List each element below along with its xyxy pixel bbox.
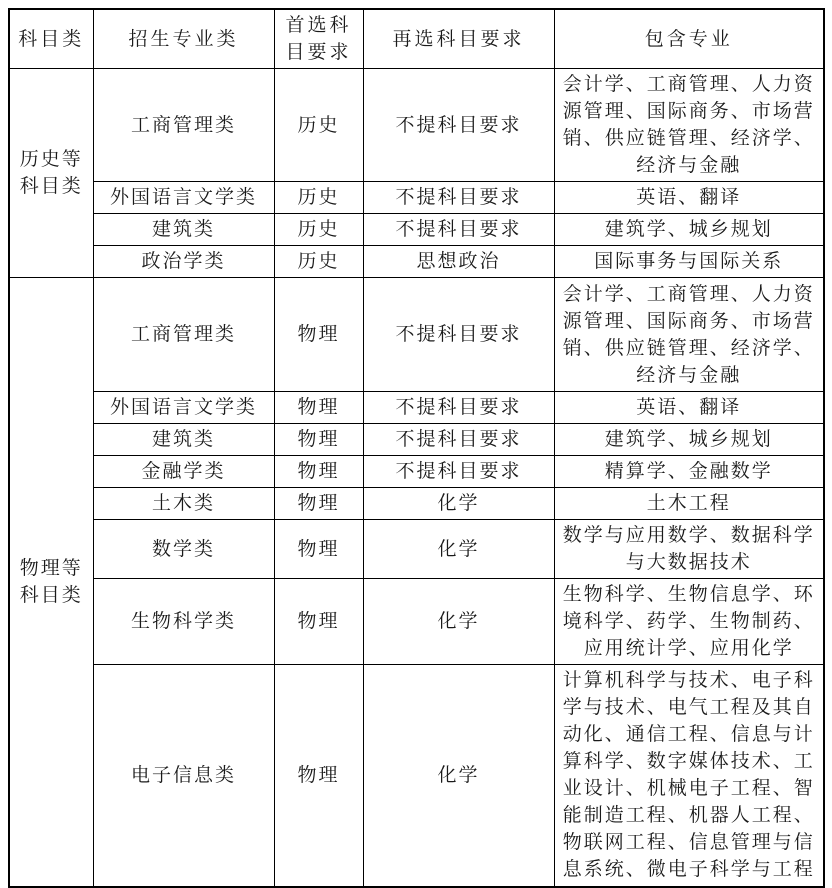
major-class-cell: 工商管理类 — [93, 69, 274, 182]
majors-cell: 国际事务与国际关系 — [554, 246, 824, 278]
category-cell-history: 历史等科目类 — [9, 69, 93, 278]
majors-cell: 生物科学、生物信息学、环境科学、药学、生物制药、应用统计学、应用化学 — [554, 579, 824, 665]
major-class-cell: 工商管理类 — [93, 278, 274, 392]
first-subject-cell: 物理 — [274, 579, 363, 665]
second-subject-cell: 化学 — [363, 579, 554, 665]
first-subject-cell: 物理 — [274, 392, 363, 424]
second-subject-cell: 不提科目要求 — [363, 69, 554, 182]
header-cell-subject-category: 科目类 — [9, 9, 93, 69]
table-row: 电子信息类 物理 化学 计算机科学与技术、电子科学与技术、电气工程及其自动化、通… — [9, 665, 824, 887]
table-row: 物理等科目类 工商管理类 物理 不提科目要求 会计学、工商管理、人力资源管理、国… — [9, 278, 824, 392]
first-subject-cell: 物理 — [274, 456, 363, 488]
majors-cell: 建筑学、城乡规划 — [554, 424, 824, 456]
majors-cell: 数学与应用数学、数据科学与大数据技术 — [554, 520, 824, 579]
table-row: 建筑类 物理 不提科目要求 建筑学、城乡规划 — [9, 424, 824, 456]
second-subject-cell: 化学 — [363, 488, 554, 520]
first-subject-cell: 物理 — [274, 278, 363, 392]
major-class-cell: 金融学类 — [93, 456, 274, 488]
major-class-cell: 生物科学类 — [93, 579, 274, 665]
second-subject-cell: 不提科目要求 — [363, 456, 554, 488]
first-subject-cell: 历史 — [274, 69, 363, 182]
table-row: 数学类 物理 化学 数学与应用数学、数据科学与大数据技术 — [9, 520, 824, 579]
major-class-cell: 建筑类 — [93, 424, 274, 456]
table-row: 建筑类 历史 不提科目要求 建筑学、城乡规划 — [9, 214, 824, 246]
major-class-cell: 数学类 — [93, 520, 274, 579]
major-class-cell: 建筑类 — [93, 214, 274, 246]
second-subject-cell: 不提科目要求 — [363, 214, 554, 246]
majors-cell: 精算学、金融数学 — [554, 456, 824, 488]
table-row: 外国语言文学类 历史 不提科目要求 英语、翻译 — [9, 182, 824, 214]
subject-requirements-table: 科目类 招生专业类 首选科目要求 再选科目要求 包含专业 历史等科目类 工商管理… — [8, 8, 825, 888]
first-subject-cell: 物理 — [274, 520, 363, 579]
first-subject-cell: 物理 — [274, 665, 363, 887]
table-row: 历史等科目类 工商管理类 历史 不提科目要求 会计学、工商管理、人力资源管理、国… — [9, 69, 824, 182]
majors-cell: 英语、翻译 — [554, 182, 824, 214]
first-subject-cell: 历史 — [274, 182, 363, 214]
page: 科目类 招生专业类 首选科目要求 再选科目要求 包含专业 历史等科目类 工商管理… — [0, 0, 832, 843]
header-cell-first-subject: 首选科目要求 — [274, 9, 363, 69]
majors-cell: 会计学、工商管理、人力资源管理、国际商务、市场营销、供应链管理、经济学、经济与金… — [554, 278, 824, 392]
table-row: 生物科学类 物理 化学 生物科学、生物信息学、环境科学、药学、生物制药、应用统计… — [9, 579, 824, 665]
table-row: 政治学类 历史 思想政治 国际事务与国际关系 — [9, 246, 824, 278]
category-cell-physics: 物理等科目类 — [9, 278, 93, 887]
first-subject-cell: 历史 — [274, 246, 363, 278]
second-subject-cell: 化学 — [363, 665, 554, 887]
first-subject-cell: 物理 — [274, 424, 363, 456]
major-class-cell: 外国语言文学类 — [93, 392, 274, 424]
second-subject-cell: 不提科目要求 — [363, 392, 554, 424]
major-class-cell: 电子信息类 — [93, 665, 274, 887]
majors-cell: 计算机科学与技术、电子科学与技术、电气工程及其自动化、通信工程、信息与计算科学、… — [554, 665, 824, 887]
first-subject-cell: 历史 — [274, 214, 363, 246]
first-subject-cell: 物理 — [274, 488, 363, 520]
header-cell-included-majors: 包含专业 — [554, 9, 824, 69]
second-subject-cell: 不提科目要求 — [363, 278, 554, 392]
table-header-row: 科目类 招生专业类 首选科目要求 再选科目要求 包含专业 — [9, 9, 824, 69]
second-subject-cell: 思想政治 — [363, 246, 554, 278]
header-cell-second-subject: 再选科目要求 — [363, 9, 554, 69]
second-subject-cell: 不提科目要求 — [363, 424, 554, 456]
majors-cell: 会计学、工商管理、人力资源管理、国际商务、市场营销、供应链管理、经济学、经济与金… — [554, 69, 824, 182]
major-class-cell: 政治学类 — [93, 246, 274, 278]
majors-cell: 土木工程 — [554, 488, 824, 520]
major-class-cell: 土木类 — [93, 488, 274, 520]
second-subject-cell: 不提科目要求 — [363, 182, 554, 214]
header-cell-major-class: 招生专业类 — [93, 9, 274, 69]
table-row: 外国语言文学类 物理 不提科目要求 英语、翻译 — [9, 392, 824, 424]
majors-cell: 建筑学、城乡规划 — [554, 214, 824, 246]
table-row: 土木类 物理 化学 土木工程 — [9, 488, 824, 520]
majors-cell: 英语、翻译 — [554, 392, 824, 424]
major-class-cell: 外国语言文学类 — [93, 182, 274, 214]
table-row: 金融学类 物理 不提科目要求 精算学、金融数学 — [9, 456, 824, 488]
second-subject-cell: 化学 — [363, 520, 554, 579]
